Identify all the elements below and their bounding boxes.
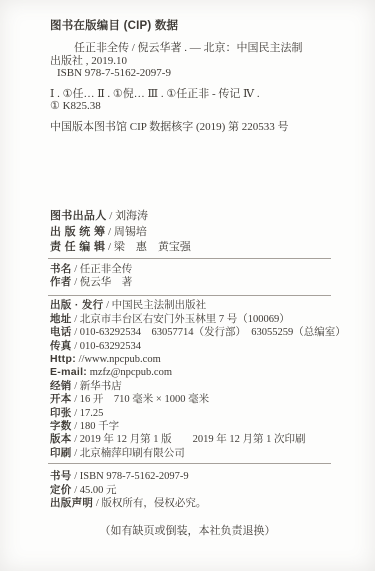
row-separator: /	[72, 408, 80, 419]
row-separator: /	[72, 327, 80, 338]
section-price: 书号 / ISBN 978-7-5162-2097-9定价 / 45.00 元出…	[50, 470, 355, 510]
row-value: mzfz@npcpub.com	[90, 367, 172, 378]
row-separator: /	[72, 264, 80, 275]
cip-line-isbn: ISBN 978-7-5162-2097-9	[50, 67, 355, 80]
section-book: 书名 / 任正非全传作者 / 倪云华 著	[50, 263, 355, 290]
row-separator: /	[103, 300, 111, 311]
row-value: 梁 惠 黄宝强	[114, 241, 191, 253]
section-divider	[48, 258, 331, 259]
row-value: 刘海涛	[115, 210, 148, 222]
section-staff: 图书出品人 / 刘海涛出 版 统 筹 / 周锡培责 任 编 辑 / 梁 惠 黄宝…	[50, 209, 355, 256]
row-label: 作者	[50, 276, 72, 288]
cip-block: 图书在版编目 (CIP) 数据 任正非全传 / 倪云华著 . — 北京：中国民主…	[50, 19, 355, 133]
section-divider	[48, 295, 331, 296]
row-value: 17.25	[80, 408, 104, 419]
row-value: 010-63292534 63057714（发行部） 63055259（总编室）	[80, 327, 346, 338]
page-content: 图书在版编目 (CIP) 数据 任正非全传 / 倪云华著 . — 北京：中国民主…	[0, 0, 375, 510]
row-value: 版权所有，侵权必究。	[101, 498, 206, 509]
row-label: 版本	[50, 433, 72, 445]
row-label: 书名	[50, 263, 72, 275]
row-separator: /	[72, 471, 80, 482]
row-value: 倪云华 著	[80, 277, 133, 288]
row-label: E-mail:	[50, 366, 87, 378]
section-divider	[48, 463, 331, 464]
row-value: 周锡培	[114, 226, 147, 238]
colophon-row: 作者 / 倪云华 著	[50, 276, 355, 289]
colophon-page: 图书在版编目 (CIP) 数据 任正非全传 / 倪云华著 . — 北京：中国民主…	[0, 0, 375, 571]
row-label: 出 版 统 筹	[50, 226, 105, 238]
row-value: 中国民主法制出版社	[112, 300, 207, 311]
row-label: 字数	[50, 420, 72, 432]
colophon-row: 电话 / 010-63292534 63057714（发行部） 63055259…	[50, 326, 355, 339]
colophon-row: 印刷 / 北京楠萍印刷有限公司	[50, 447, 355, 460]
row-value: 45.00 元	[80, 485, 117, 496]
row-value: //www.npcpub.com	[79, 354, 161, 365]
colophon-row: 图书出品人 / 刘海涛	[50, 209, 355, 225]
cip-line-classification: Ⅰ . ①任… Ⅱ . ①倪… Ⅲ . ①任正非 - 传记 Ⅳ .	[50, 88, 355, 101]
row-label: 开本	[50, 393, 72, 405]
row-label: 地址	[50, 313, 72, 325]
colophon-row: 字数 / 180 千字	[50, 420, 355, 433]
colophon-row: Http: //www.npcpub.com	[50, 353, 355, 366]
colophon-row: 地址 / 北京市丰台区右安门外玉林里 7 号（100069）	[50, 313, 355, 326]
colophon-row: 传真 / 010-63292534	[50, 340, 355, 353]
colophon-row: 定价 / 45.00 元	[50, 484, 355, 497]
row-separator: /	[72, 314, 80, 325]
colophon-row: 出版 · 发行 / 中国民主法制出版社	[50, 299, 355, 312]
row-value: 北京市丰台区右安门外玉林里 7 号（100069）	[80, 314, 290, 325]
cip-line-record-number: 中国版本图书馆 CIP 数据核字 (2019) 第 220533 号	[50, 121, 355, 134]
row-separator: /	[72, 341, 80, 352]
row-label: 定价	[50, 484, 72, 496]
row-value: 2019 年 12 月第 1 版 2019 年 12 月第 1 次印刷	[80, 434, 306, 445]
row-value: 任正非全传	[80, 264, 133, 275]
row-separator: /	[72, 381, 80, 392]
row-label: Http:	[50, 353, 76, 365]
row-value: 北京楠萍印刷有限公司	[80, 448, 185, 459]
colophon-row: 经销 / 新华书店	[50, 380, 355, 393]
colophon-row: 出版声明 / 版权所有，侵权必究。	[50, 497, 355, 510]
row-value: ISBN 978-7-5162-2097-9	[80, 471, 189, 482]
row-separator: /	[72, 448, 80, 459]
row-separator: /	[72, 277, 80, 288]
row-value: 16 开 710 毫米 × 1000 毫米	[80, 394, 209, 405]
colophon-row: 书号 / ISBN 978-7-5162-2097-9	[50, 470, 355, 483]
row-separator: /	[72, 394, 80, 405]
row-label: 传真	[50, 340, 72, 352]
colophon-row: 版本 / 2019 年 12 月第 1 版 2019 年 12 月第 1 次印刷	[50, 433, 355, 446]
colophon-row: 开本 / 16 开 710 毫米 × 1000 毫米	[50, 393, 355, 406]
row-label: 出版声明	[50, 497, 93, 509]
colophon-row: E-mail: mzfz@npcpub.com	[50, 366, 355, 379]
colophon-row: 印张 / 17.25	[50, 407, 355, 420]
row-value: 010-63292534	[80, 341, 141, 352]
row-label: 出版 · 发行	[50, 299, 103, 311]
footer-note: （如有缺页或倒装，本社负责退换）	[0, 524, 375, 538]
cip-line-class-number: ① K825.38	[50, 100, 355, 113]
row-label: 电话	[50, 326, 72, 338]
row-label: 责 任 编 辑	[50, 241, 105, 253]
row-label: 印张	[50, 407, 72, 419]
row-label: 经销	[50, 380, 72, 392]
cip-line-title: 任正非全传 / 倪云华著 . — 北京：中国民主法制	[50, 42, 355, 55]
colophon-row: 书名 / 任正非全传	[50, 263, 355, 276]
row-label: 图书出品人	[50, 210, 107, 222]
row-value: 180 千字	[80, 421, 119, 432]
colophon-row: 责 任 编 辑 / 梁 惠 黄宝强	[50, 240, 355, 256]
section-publisher: 出版 · 发行 / 中国民主法制出版社地址 / 北京市丰台区右安门外玉林里 7 …	[50, 299, 355, 460]
row-separator: /	[72, 485, 80, 496]
row-separator: /	[105, 226, 114, 238]
cip-header: 图书在版编目 (CIP) 数据	[50, 19, 355, 33]
row-separator: /	[72, 421, 80, 432]
cip-line-publisher: 出版社 , 2019.10	[50, 55, 355, 68]
row-separator: /	[72, 434, 80, 445]
row-label: 印刷	[50, 447, 72, 459]
row-separator: /	[105, 241, 114, 253]
row-label: 书号	[50, 470, 72, 482]
row-separator: /	[107, 210, 116, 222]
colophon-row: 出 版 统 筹 / 周锡培	[50, 225, 355, 241]
row-value: 新华书店	[80, 381, 122, 392]
